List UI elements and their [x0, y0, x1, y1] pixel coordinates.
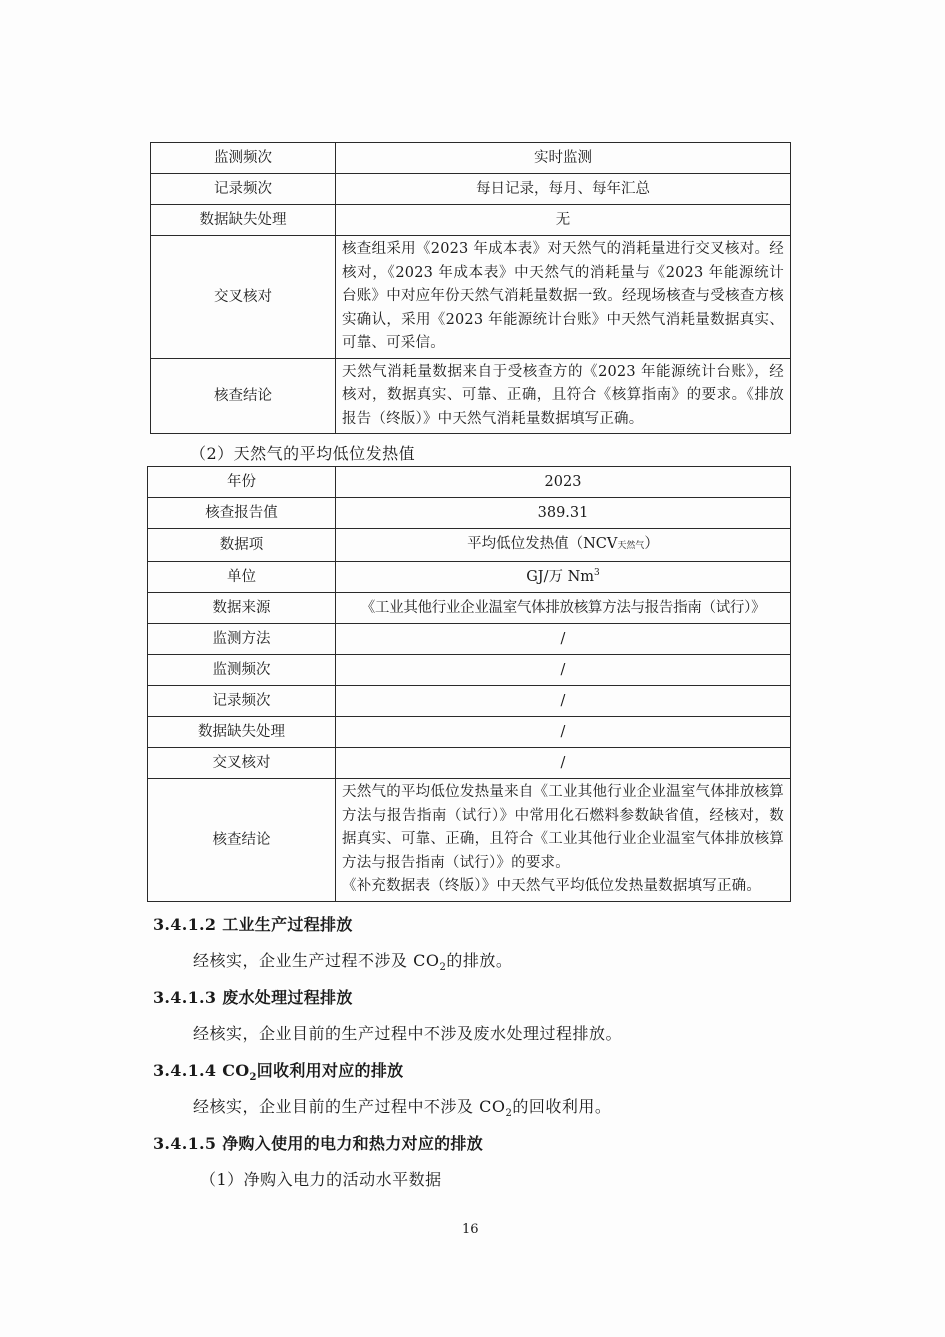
row-label: 监测方法: [148, 624, 336, 655]
value-subscript: 天然气: [617, 541, 644, 551]
section-body-3-4-1-5: （1）净购入电力的活动水平数据: [200, 1167, 442, 1190]
row-label: 核查结论: [148, 779, 336, 902]
table-row: 数据缺失处理 无: [151, 205, 791, 236]
row-label: 记录频次: [148, 686, 336, 717]
row-value: /: [336, 686, 791, 717]
row-value: 平均低位发热值（NCV天然气）: [336, 529, 791, 562]
natural-gas-consumption-table-continued: 监测频次 实时监测 记录频次 每日记录，每月、每年汇总 数据缺失处理 无 交叉核…: [150, 142, 791, 434]
table-row: 单位 GJ/万 Nm3: [148, 562, 791, 593]
row-value: 天然气的平均低位发热量来自《工业其他行业企业温室气体排放核算方法与报告指南（试行…: [336, 779, 791, 902]
row-value: 核查组采用《2023 年成本表》对天然气的消耗量进行交叉核对。经核对，《2023…: [336, 236, 791, 359]
row-label: 单位: [148, 562, 336, 593]
row-label: 数据缺失处理: [151, 205, 336, 236]
table-row: 核查报告值 389.31: [148, 498, 791, 529]
row-value: 每日记录，每月、每年汇总: [336, 174, 791, 205]
conclusion-text: 天然气的平均低位发热量来自《工业其他行业企业温室气体排放核算方法与报告指南（试行…: [342, 781, 784, 875]
table-row: 监测频次 实时监测: [151, 143, 791, 174]
row-value: /: [336, 717, 791, 748]
body-text: 的回收利用。: [512, 1097, 611, 1116]
row-label: 数据缺失处理: [148, 717, 336, 748]
row-label: 核查报告值: [148, 498, 336, 529]
value-superscript: 3: [594, 568, 600, 578]
section-heading-3-4-1-3: 3.4.1.3 废水处理过程排放: [153, 985, 353, 1008]
section-body-3-4-1-2: 经核实，企业生产过程不涉及 CO2的排放。: [193, 948, 512, 971]
value-suffix: ）: [644, 536, 659, 552]
section-heading-3-4-1-5: 3.4.1.5 净购入使用的电力和热力对应的排放: [153, 1131, 483, 1154]
row-label: 交叉核对: [151, 236, 336, 359]
table-row: 年份 2023: [148, 467, 791, 498]
row-label: 交叉核对: [148, 748, 336, 779]
section-body-3-4-1-4: 经核实，企业目前的生产过程中不涉及 CO2的回收利用。: [193, 1094, 611, 1117]
table-row: 交叉核对 /: [148, 748, 791, 779]
value-text: 平均低位发热值（NCV: [467, 536, 617, 552]
row-value: /: [336, 748, 791, 779]
row-value: 2023: [336, 467, 791, 498]
table-row: 监测方法 /: [148, 624, 791, 655]
section-heading-3-4-1-2: 3.4.1.2 工业生产过程排放: [153, 912, 353, 935]
subscript: 2: [249, 1072, 256, 1083]
table-row: 记录频次 /: [148, 686, 791, 717]
table-row: 数据来源 《工业其他行业企业温室气体排放核算方法与报告指南（试行）》: [148, 593, 791, 624]
row-label: 年份: [148, 467, 336, 498]
row-value: 389.31: [336, 498, 791, 529]
conclusion-text-2: 《补充数据表（终版）》中天然气平均低位发热量数据填写正确。: [342, 875, 784, 899]
section-heading-3-4-1-4: 3.4.1.4 CO2回收利用对应的排放: [153, 1058, 403, 1081]
document-page: 监测频次 实时监测 记录频次 每日记录，每月、每年汇总 数据缺失处理 无 交叉核…: [0, 0, 945, 1337]
row-value: /: [336, 655, 791, 686]
body-text: 经核实，企业生产过程不涉及 CO: [193, 951, 439, 970]
table-caption: （2）天然气的平均低位发热值: [190, 441, 415, 464]
row-label: 数据项: [148, 529, 336, 562]
row-value: 天然气消耗量数据来自于受核查方的《2023 年能源统计台账》，经核对，数据真实、…: [336, 358, 791, 434]
page-number: 16: [462, 1222, 479, 1237]
row-value: GJ/万 Nm3: [336, 562, 791, 593]
table-row: 监测频次 /: [148, 655, 791, 686]
row-label: 数据来源: [148, 593, 336, 624]
table-row: 交叉核对 核查组采用《2023 年成本表》对天然气的消耗量进行交叉核对。经核对，…: [151, 236, 791, 359]
table-row: 记录频次 每日记录，每月、每年汇总: [151, 174, 791, 205]
table-row: 数据项 平均低位发热值（NCV天然气）: [148, 529, 791, 562]
section-body-3-4-1-3: 经核实，企业目前的生产过程中不涉及废水处理过程排放。: [193, 1021, 622, 1044]
table-row: 核查结论 天然气的平均低位发热量来自《工业其他行业企业温室气体排放核算方法与报告…: [148, 779, 791, 902]
row-label: 核查结论: [151, 358, 336, 434]
ncv-table: 年份 2023 核查报告值 389.31 数据项 平均低位发热值（NCV天然气）…: [147, 466, 791, 902]
row-value: 无: [336, 205, 791, 236]
table-row: 核查结论 天然气消耗量数据来自于受核查方的《2023 年能源统计台账》，经核对，…: [151, 358, 791, 434]
body-text: 经核实，企业目前的生产过程中不涉及 CO: [193, 1097, 505, 1116]
row-label: 监测频次: [151, 143, 336, 174]
row-value: 实时监测: [336, 143, 791, 174]
row-value: /: [336, 624, 791, 655]
body-text: 的排放。: [446, 951, 512, 970]
value-text: GJ/万 Nm: [526, 569, 594, 585]
row-label: 监测频次: [148, 655, 336, 686]
heading-text: 回收利用对应的排放: [257, 1061, 404, 1080]
table-row: 数据缺失处理 /: [148, 717, 791, 748]
row-label: 记录频次: [151, 174, 336, 205]
heading-text: 3.4.1.4 CO: [153, 1061, 249, 1080]
row-value: 《工业其他行业企业温室气体排放核算方法与报告指南（试行）》: [336, 593, 791, 624]
